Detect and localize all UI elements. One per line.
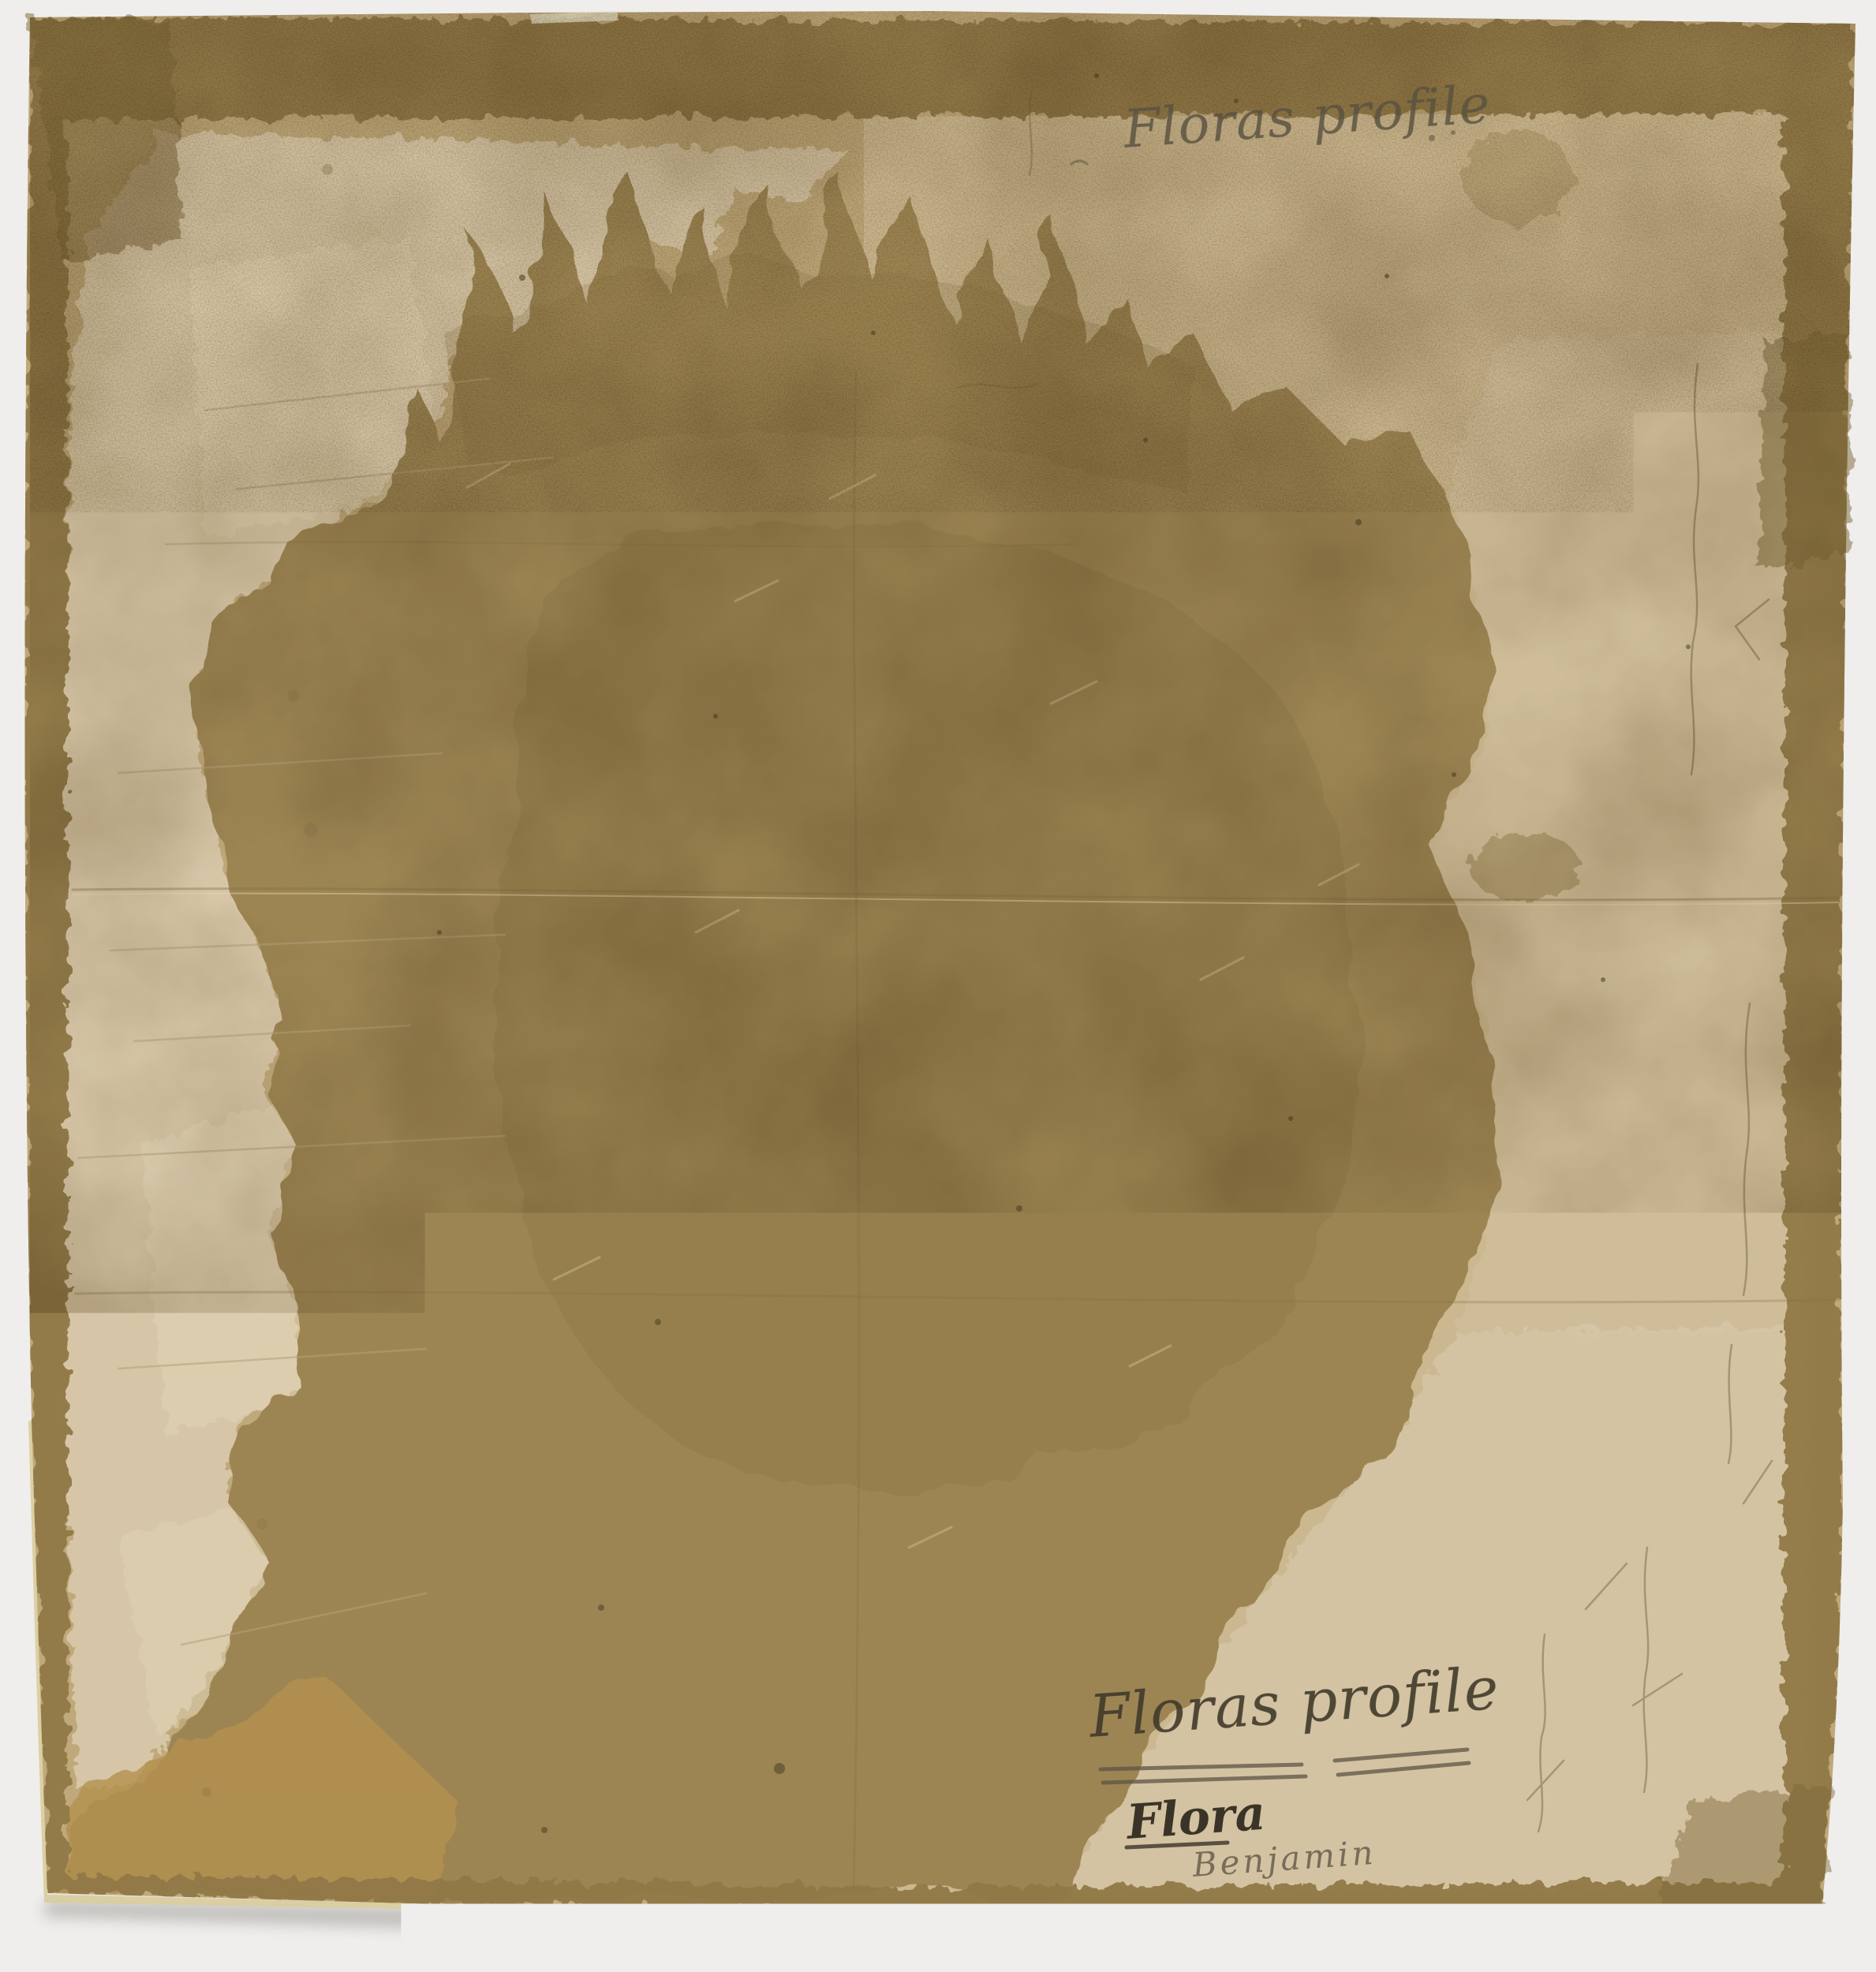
artifact-photo-svg — [0, 0, 1876, 1972]
texture-grain — [30, 11, 1860, 1928]
inscription-signature: Flora — [1125, 1786, 1267, 1851]
artifact-photo: Floras profile Floras profile Flora Benj… — [0, 0, 1876, 1972]
